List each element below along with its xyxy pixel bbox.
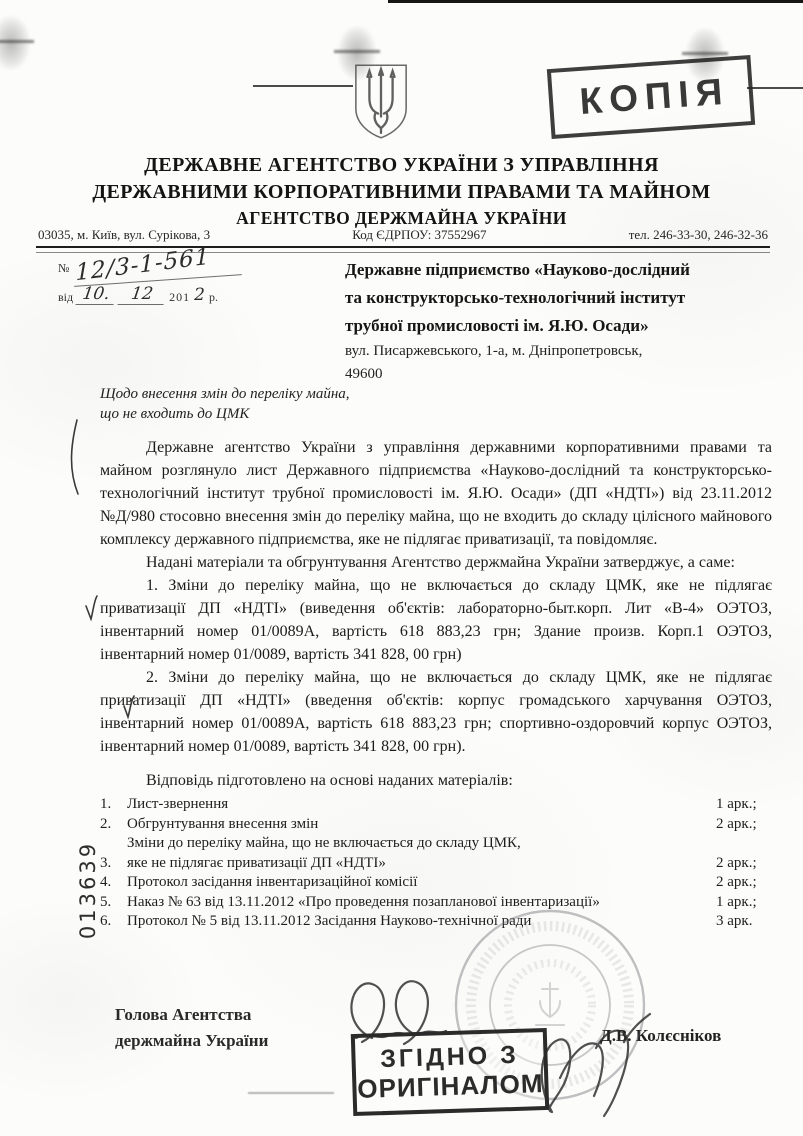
addressee-street: вул. Писаржевського, 1-а, м. Дніпропетро… (345, 340, 777, 363)
body-item-2: 2. Зміни до переліку майна, що не включа… (100, 666, 772, 758)
ukraine-trident-emblem-icon (352, 62, 410, 142)
ref-date-month-handwritten: 12 (118, 284, 167, 305)
subject-line1: Щодо внесення змін до переліку майна, (100, 384, 772, 404)
scan-smudge (0, 16, 30, 70)
copy-stamp: КОПІЯ (547, 55, 755, 139)
ref-date-year-handwritten: 2 (194, 285, 205, 305)
addressee-line: Державне підприємство «Науково-дослідний (345, 256, 777, 284)
attachment-row: 5. Наказ № 63 від 13.11.2012 «Про провед… (100, 893, 772, 913)
scanned-letter-page: КОПІЯ ДЕРЖАВНЕ АГЕНТСТВО УКРАЇНИ З УПРАВ… (0, 0, 803, 1136)
letterhead-contacts: 03035, м. Київ, вул. Сурікова, 3 Код ЄДР… (38, 227, 768, 243)
reference-block: № 12/3-1-561 від 10. 12 2012р. (58, 252, 308, 305)
attachment-number: 3. (100, 854, 127, 874)
addressee-block: Державне підприємство «Науково-дослідний… (345, 256, 777, 386)
attachment-pages: 2 арк.; (716, 854, 772, 874)
attachment-pages: 1 арк.; (716, 893, 772, 913)
ref-date-day-handwritten: 10. (76, 284, 117, 305)
ref-date-label: від (58, 290, 73, 305)
attachment-pages: 2 арк.; (716, 873, 772, 893)
signer-position-line1: Голова Агентства (115, 1002, 268, 1028)
org-phone: тел. 246-33-30, 246-32-36 (629, 227, 768, 243)
attachment-number: 2. (100, 815, 127, 835)
org-address: 03035, м. Київ, вул. Сурікова, 3 (38, 227, 210, 243)
margin-pen-arc (72, 420, 79, 494)
signer-position-line2: держмайна України (115, 1028, 268, 1054)
attachment-pages: 1 арк.; (716, 795, 772, 815)
attachment-title: Лист-звернення (127, 795, 716, 815)
attachment-title-line1: Зміни до переліку майна, що не включаєть… (127, 834, 716, 854)
scan-line-artifact (747, 87, 803, 89)
subject-line2: що не входить до ЦМК (100, 404, 772, 424)
letter-body: Щодо внесення змін до переліку майна, що… (100, 384, 772, 932)
attachments-list: 1. Лист-звернення 1 арк.; 2. Обгрунтуван… (100, 795, 772, 932)
body-paragraph-1: Державне агентство України з управління … (100, 436, 772, 551)
scan-line-artifact (253, 85, 353, 87)
attachment-pages: 2 арк.; (716, 815, 772, 835)
attachment-number: 1. (100, 795, 127, 815)
org-name-line2: ДЕРЖАВНИМИ КОРПОРАТИВНИМИ ПРАВАМИ ТА МАЙ… (0, 179, 803, 206)
attachment-row: 3. Зміни до переліку майна, що не включа… (100, 834, 772, 873)
org-name-line1: ДЕРЖАВНЕ АГЕНТСТВО УКРАЇНИ З УПРАВЛІННЯ (0, 152, 803, 179)
attachment-number: 5. (100, 893, 127, 913)
attachment-pages: 3 арк. (716, 912, 772, 932)
attachments-intro: Відповідь підготовлено на основі наданих… (100, 769, 772, 792)
subject-block: Щодо внесення змін до переліку майна, що… (100, 384, 772, 424)
certified-stamp-line1: ЗГІДНО З (380, 1041, 520, 1073)
addressee-postcode: 49600 (345, 363, 777, 386)
checkmark-item1 (86, 596, 97, 619)
attachment-title: Обгрунтування внесення змін (127, 815, 716, 835)
attachment-number: 4. (100, 873, 127, 893)
attachment-row: 4. Протокол засідання інвентаризаційної … (100, 873, 772, 893)
attachment-number: 6. (100, 912, 127, 932)
body-paragraph-2: Надані матеріали та обгрунтування Агентс… (100, 551, 772, 574)
letterhead: ДЕРЖАВНЕ АГЕНТСТВО УКРАЇНИ З УПРАВЛІННЯ … (0, 152, 803, 230)
addressee-line: та конструкторсько-технологічний інститу… (345, 284, 777, 312)
certified-true-copy-stamp: ЗГІДНО З ОРИГІНАЛОМ (351, 1028, 549, 1116)
scan-edge-line (388, 0, 803, 3)
signer-position: Голова Агентства держмайна України (115, 1002, 268, 1054)
copy-stamp-label: КОПІЯ (571, 71, 730, 124)
attachment-title-line2: яке не підлягає приватизації ДП «НДТІ» (127, 854, 716, 874)
body-item-1: 1. Зміни до переліку майна, що не включа… (100, 574, 772, 666)
attachment-row: 6. Протокол № 5 від 13.11.2012 Засідання… (100, 912, 772, 932)
certified-stamp-line2: ОРИГІНАЛОМ (357, 1068, 544, 1104)
vertical-doc-number: 013639 (76, 834, 100, 946)
org-edrpou-code: Код ЄДРПОУ: 37552967 (352, 227, 486, 243)
attachment-title: Протокол засідання інвентаризаційної ком… (127, 873, 716, 893)
addressee-line: трубної промисловості ім. Я.Ю. Осади» (345, 312, 777, 340)
ref-date-year-suffix: р. (209, 290, 218, 305)
attachment-title: Зміни до переліку майна, що не включаєть… (127, 834, 716, 873)
scan-line-artifact (248, 1092, 334, 1094)
attachment-row: 1. Лист-звернення 1 арк.; (100, 795, 772, 815)
ref-number-label: № (58, 261, 69, 278)
attachment-row: 2. Обгрунтування внесення змін 2 арк.; (100, 815, 772, 835)
ref-date-year-printed: 201 (169, 290, 190, 305)
